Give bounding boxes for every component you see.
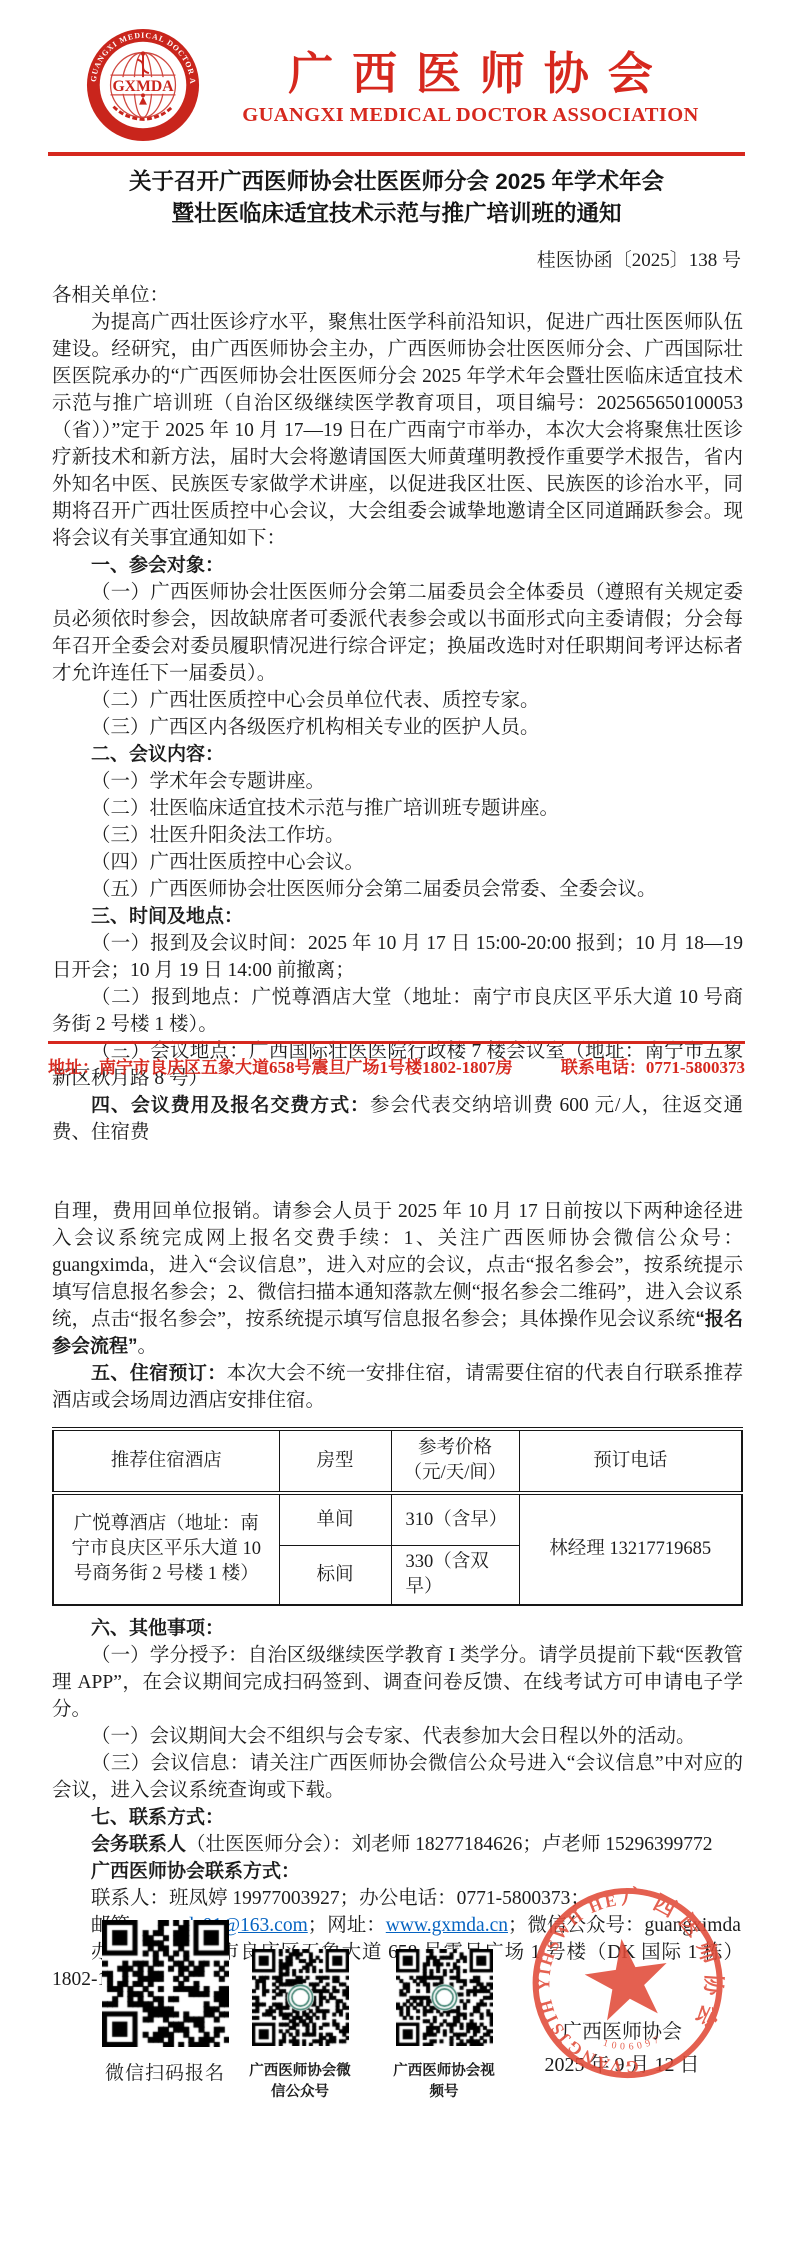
hotel-name-cell: 广悦尊酒店（地址：南宁市良庆区平乐大道 10 号商务街 2 号楼 1 楼） — [53, 1493, 279, 1605]
section-2-item: （五）广西医师协会壮医医师分会第二届委员会常委、全委会议。 — [52, 876, 743, 903]
notice-document: { "colors": { "brand_red": "#d6281e", "s… — [0, 0, 793, 2244]
section-3-item: （二）报到地点：广悦尊酒店大堂（地址：南宁市良庆区平乐大道 10 号商务街 2 … — [52, 984, 743, 1038]
section-4-paragraph: 四、会议费用及报名交费方式：参会代表交纳培训费 600 元/人，往返交通费、住宿… — [52, 1092, 743, 1146]
price-cell: 330（含双早） — [391, 1546, 519, 1606]
qr-registration-caption: 微信扫码报名 — [100, 2058, 230, 2085]
section-1-item: （三）广西区内各级医疗机构相关专业的医护人员。 — [52, 714, 743, 741]
section-6-heading: 六、其他事项： — [52, 1615, 743, 1642]
qr-video-caption: 广西医师协会视频号 — [390, 2059, 498, 2101]
section-4-heading: 四、会议费用及报名交费方式： — [91, 1095, 370, 1116]
section-4-text-page2: 自理，费用回单位报销。请参会人员于 2025 年 10 月 17 日前按以下两种… — [52, 1201, 743, 1330]
col-header-phone: 预订电话 — [519, 1429, 742, 1493]
signature-zone: 微信扫码报名 广西医师协会微信公众号 广西医师协会视频号 广西医师协会 2025… — [0, 1912, 793, 2202]
section-2-heading: 二、会议内容： — [52, 741, 743, 768]
section-2-item: （三）壮医升阳灸法工作坊。 — [52, 822, 743, 849]
qr-official-caption: 广西医师协会微信公众号 — [246, 2059, 354, 2101]
booking-phone-cell: 林经理 13217719685 — [519, 1493, 742, 1605]
section-1-item: （二）广西壮医质控中心会员单位代表、质控专家。 — [52, 687, 743, 714]
notice-body-page1: 各相关单位： 为提高广西壮医诊疗水平，聚焦壮医学科前沿知识，促进广西壮医医师队伍… — [52, 282, 743, 1146]
col-header-price-line1: 参考价格 — [400, 1436, 511, 1461]
org-name-en: GUANGXI MEDICAL DOCTOR ASSOCIATION — [202, 102, 739, 128]
intro-paragraph: 为提高广西壮医诊疗水平，聚焦壮医学科前沿知识，促进广西壮医医师队伍建设。经研究，… — [52, 309, 743, 552]
official-seal: GVANGJSIH YIHSWH HEZVEI 广西医师协会 1006097 — [516, 1871, 740, 2100]
section-6-item: （一）学分授予：自治区级继续医学教育 I 类学分。请学员提前下载“医教管理 AP… — [52, 1642, 743, 1723]
section-6-item: （一）会议期间大会不组织与会专家、代表参加大会日程以外的活动。 — [52, 1723, 743, 1750]
section-2-item: （四）广西壮医质控中心会议。 — [52, 849, 743, 876]
room-type-cell: 单间 — [279, 1493, 391, 1546]
section-1-item: （一）广西医师协会壮医医师分会第二届委员会全体委员（遵照有关规定委员必须依时参会… — [52, 579, 743, 687]
section-4-period: 。 — [138, 1336, 158, 1357]
liaison-line: 会务联系人（壮医医师分会）：刘老师 18277184626；卢老师 152963… — [52, 1831, 743, 1858]
footer-address: 地址：南宁市良庆区五象大道658号震旦广场1号楼1802-1807房 — [48, 1053, 513, 1078]
section-7-heading: 七、联系方式： — [52, 1804, 743, 1831]
org-name-cn: 广西医师协会 — [202, 48, 739, 100]
document-title-line1: 关于召开广西医师协会壮医医师分会 2025 年学术年会 — [0, 166, 793, 198]
section-2-item: （一）学术年会专题讲座。 — [52, 768, 743, 795]
section-4-continuation: 自理，费用回单位报销。请参会人员于 2025 年 10 月 17 日前按以下两种… — [52, 1198, 743, 1360]
section-6-item: （三）会议信息：请关注广西医师协会微信公众号进入“会议信息”中对应的会议，进入会… — [52, 1750, 743, 1804]
footer-phone: 联系电话：0771-5800373 — [561, 1053, 745, 1078]
qr-registration-block: 微信扫码报名 — [100, 1920, 230, 2085]
col-header-hotel: 推荐住宿酒店 — [53, 1429, 279, 1493]
video-channel-qr-icon — [396, 1949, 493, 2046]
svg-text:1006097: 1006097 — [600, 2030, 665, 2057]
liaison-label: 会务联系人 — [91, 1834, 186, 1855]
section-3-item: （一）报到及会议时间：2025 年 10 月 17 日 15:00-20:00 … — [52, 930, 743, 984]
page-1: GUANGXI MEDICAL DOCTOR ASSOCIATION 广西医师协… — [0, 0, 793, 1146]
hotel-table: 推荐住宿酒店 房型 参考价格 （元/天/间） 预订电话 广悦尊酒店（地址：南宁市… — [52, 1427, 743, 1606]
org-name-block: 广西医师协会 GUANGXI MEDICAL DOCTOR ASSOCIATIO… — [202, 48, 763, 128]
table-row: 广悦尊酒店（地址：南宁市良庆区平乐大道 10 号商务街 2 号楼 1 楼） 单间… — [53, 1493, 742, 1546]
qr-video-channel-block: 广西医师协会视频号 — [390, 1949, 498, 2101]
document-title-line2: 暨壮医临床适宜技术示范与推广培训班的通知 — [0, 198, 793, 230]
seal-star-icon — [580, 1933, 673, 2023]
section-5-paragraph: 五、住宿预订：本次大会不统一安排住宿，请需要住宿的代表自行联系推荐酒店或会场周边… — [52, 1360, 743, 1414]
col-header-room-type: 房型 — [279, 1429, 391, 1493]
section-2-item: （二）壮医临床适宜技术示范与推广培训班专题讲座。 — [52, 795, 743, 822]
wechat-official-qr-icon — [252, 1949, 349, 2046]
section-3-heading: 三、时间及地点： — [52, 903, 743, 930]
header-divider — [48, 152, 745, 156]
price-cell: 310（含早） — [391, 1493, 519, 1546]
hotel-table-header-row: 推荐住宿酒店 房型 参考价格 （元/天/间） 预订电话 — [53, 1429, 742, 1493]
page-2: 自理，费用回单位报销。请参会人员于 2025 年 10 月 17 日前按以下两种… — [0, 1198, 793, 1993]
document-number: 桂医协函〔2025〕138 号 — [52, 245, 743, 272]
seal-code-digits: 1006097 — [600, 2030, 665, 2057]
room-type-cell: 标间 — [279, 1546, 391, 1606]
liaison-contacts: （壮医医师分会）：刘老师 18277184626；卢老师 15296399772 — [186, 1834, 713, 1855]
col-header-price-line2: （元/天/间） — [400, 1461, 511, 1486]
page1-footer: 地址：南宁市良庆区五象大道658号震旦广场1号楼1802-1807房 联系电话：… — [48, 1041, 745, 1078]
association-logo-icon: GUANGXI MEDICAL DOCTOR ASSOCIATION 广西医师协… — [84, 26, 202, 149]
col-header-price: 参考价格 （元/天/间） — [391, 1429, 519, 1493]
logo-abbr-text: GXMDA — [112, 78, 174, 95]
letterhead: GUANGXI MEDICAL DOCTOR ASSOCIATION 广西医师协… — [0, 0, 793, 149]
registration-qr-icon — [102, 1920, 229, 2047]
qr-official-account-block: 广西医师协会微信公众号 — [246, 1949, 354, 2101]
salutation: 各相关单位： — [52, 282, 743, 309]
section-5-heading: 五、住宿预订： — [91, 1363, 227, 1384]
section-1-heading: 一、参会对象： — [52, 552, 743, 579]
document-title: 关于召开广西医师协会壮医医师分会 2025 年学术年会 暨壮医临床适宜技术示范与… — [0, 166, 793, 230]
